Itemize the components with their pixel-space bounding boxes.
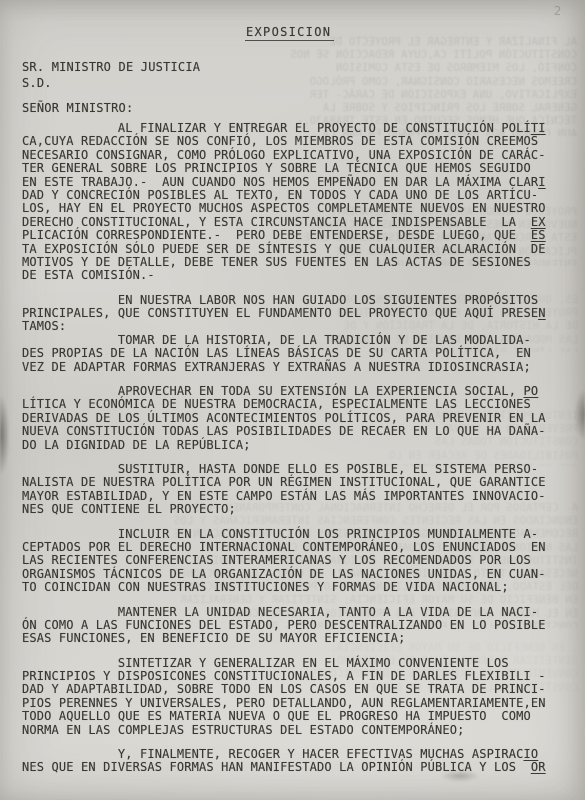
typed-line: ORGANISMOS TÁCNICOS DE LA ORGANIZACIÓN D… [22, 568, 585, 581]
typed-line: DAD Y CONCRECIÓN POSIBLES AL TEXTO, EN T… [22, 189, 585, 202]
typed-line: LÍTICA Y ECONÓMICA DE NUESTRA DEMOCRACIA… [22, 398, 585, 411]
typed-line: NES QUE CONTIENE EL PROYECTO; [22, 503, 585, 516]
typed-line: TO COINCIDAN CON NUESTRAS INSTITUCIONES … [22, 581, 585, 594]
paragraph: AL FINALIZAR Y ENTREGAR EL PROYECTO DE C… [22, 122, 585, 283]
typed-line: ÓN COMO A LAS FUNCIONES DEL ESTADO, PERO… [22, 619, 585, 632]
typed-line: SINTETIZAR Y GENERALIZAR EN EL MÁXIMO CO… [22, 657, 585, 670]
typed-line: VEZ DE ADAPTAR FORMAS EXTRANJERAS Y EXTR… [22, 361, 585, 374]
typed-line: ESAS FUNCIONES, EN BENEFICIO DE SU MAYOR… [22, 632, 585, 645]
typed-line: LOS, HAY EN EL PROYECTO MUCHOS ASPECTOS … [22, 202, 585, 215]
typed-line: TODO AQUELLO QUE ES MATERIA NUEVA O QUE … [22, 710, 585, 723]
typed-line: CA,CUYA REDACCIÓN SE NOS CONFIÓ, LOS MIE… [22, 135, 585, 148]
paragraph: SINTETIZAR Y GENERALIZAR EN EL MÁXIMO CO… [22, 657, 585, 737]
typed-line: NORMA EN LAS COMPLEJAS ESTRUCTURAS DEL E… [22, 724, 585, 737]
typed-line: PLICACIÓN CORRESPONDIENTE.- PERO DEBE EN… [22, 229, 585, 242]
paragraph: MANTENER LA UNIDAD NECESARIA, TANTO A LA… [22, 606, 585, 646]
addressee-name: SR. MINISTRO DE JUSTICIA [22, 59, 585, 75]
typed-line: DE ESTA COMISIÓN.- [22, 269, 585, 282]
paragraph: Y, FINALMENTE, RECOGER Y HACER EFECTIVAS… [22, 748, 585, 775]
typed-line: TER GENERAL SOBRE LOS PRINCIPIOS Y SOBRE… [22, 162, 585, 175]
typed-line: DO LA DIGNIDAD DE LA REPÚBLICA; [22, 439, 585, 452]
typed-line: PRINCIPIOS Y DISPOSICONES CONSTITUCIONAL… [22, 670, 585, 683]
typed-line: LAS RECIENTES CONFERENCIAS INTERAMERICAN… [22, 554, 585, 567]
salutation: SEÑOR MINISTRO: [22, 101, 585, 115]
paragraph: INCLUIR EN LA CONSTITUCIÓN LOS PRINCIPIO… [22, 528, 585, 595]
document-title: EXPOSICION [245, 25, 334, 41]
paragraph: SUSTITUIR, HASTA DONDE ELLO ES POSIBLE, … [22, 463, 585, 517]
typed-line: PIOS PERENNES Y UNIVERSALES, PERO DETALL… [22, 697, 585, 710]
typed-line: INCLUIR EN LA CONSTITUCIÓN LOS PRINCIPIO… [22, 528, 585, 541]
document-page: AL FINALIZAR Y ENTREGAR EL PROYECTO DE C… [0, 0, 585, 800]
typed-line: DAD Y ADAPTABILIDAD, SOBRE TODO EN LOS C… [22, 683, 585, 696]
typed-line: PRINCIPALES, QUE CONSTITUYEN EL FUNDAMEN… [22, 307, 585, 320]
addressee-su-despacho: S.D. [22, 75, 585, 91]
typed-line: NALISTA DE NUESTRA POLÍTICA POR UN RÉGIM… [22, 476, 585, 489]
addressee-block: SR. MINISTRO DE JUSTICIA S.D. [22, 59, 585, 91]
typed-line: MANTENER LA UNIDAD NECESARIA, TANTO A LA… [22, 606, 585, 619]
typed-line: EN ESTE TRABAJO.- AUN CUANDO NOS HEMOS E… [22, 176, 585, 189]
typed-line: MAYOR ESTABILIDAD, Y EN ESTE CAMPO ESTÁN… [22, 490, 585, 503]
typed-line: TA EXPOSICIÓN SÓLO PUEDE SER DE SÍNTESIS… [22, 243, 585, 256]
typed-line: DES PROPIAS DE LA NACIÓN LAS LÍNEAS BÁSI… [22, 347, 585, 360]
paragraph: EN NUESTRA LABOR NOS HAN GUIADO LOS SIGU… [22, 294, 585, 374]
document-body: AL FINALIZAR Y ENTREGAR EL PROYECTO DE C… [22, 122, 585, 775]
paragraph: APROVECHAR EN TODA SU EXTENSIÓN LA EXPER… [22, 385, 585, 452]
typed-line: NES QUE EN DIVERSAS FORMAS HAN MANIFESTA… [22, 761, 585, 774]
typed-line: CEPTADOS POR EL DERECHO INTERNACIONAL CO… [22, 541, 585, 554]
typed-line: NUEVA CONSTITUCIÓN TODAS LAS POSIBILIDAD… [22, 425, 585, 438]
typed-line: TAMOS: [22, 320, 585, 333]
typed-content: EXPOSICION SR. MINISTRO DE JUSTICIA S.D.… [0, 0, 585, 800]
